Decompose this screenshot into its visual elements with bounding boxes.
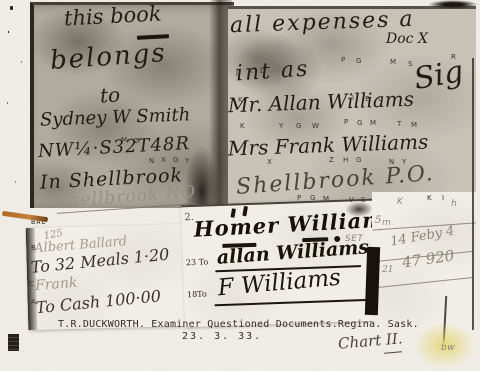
annotation-letter: K xyxy=(427,195,432,202)
annotation-letter: Z xyxy=(329,157,334,164)
annotation-letter: V xyxy=(349,197,354,204)
photographic-exhibit: this book belongs to Sydney W Smith NW¼·… xyxy=(0,0,480,371)
annotation-letter: E xyxy=(365,96,370,103)
annotation-letter: K xyxy=(397,198,403,207)
annotation-letter: M xyxy=(370,120,377,127)
annotation-letter: N xyxy=(389,159,395,166)
annotation-letter: I xyxy=(442,195,445,202)
annotation-letter: G xyxy=(356,58,362,65)
annotation-letter: T xyxy=(397,121,402,128)
annotation-letter: G xyxy=(296,123,302,130)
annotation-letter: A xyxy=(31,299,36,306)
annotation-letter: R xyxy=(451,54,456,61)
annotation-letter: U xyxy=(378,96,384,103)
annotation-letter: P xyxy=(341,57,346,64)
annotation-letter: B xyxy=(31,245,36,252)
annotation-letter: G xyxy=(356,157,362,164)
annotation-letter: G xyxy=(173,157,179,164)
annotation-letter: X xyxy=(161,157,166,164)
annotation-letter: Z xyxy=(134,138,139,145)
annotation-letter: G xyxy=(357,120,363,127)
annotation-letter: W xyxy=(312,123,319,130)
annotation-letter: I xyxy=(352,95,355,102)
annotation-letter: M xyxy=(121,137,128,144)
annotation-letter: C xyxy=(29,281,34,288)
annotation-letter: K xyxy=(248,68,253,75)
annotation-letter: X xyxy=(267,159,272,166)
annotation-letter: bw xyxy=(441,344,455,353)
annotation-letter: SET xyxy=(345,235,363,244)
annotation-letter: m xyxy=(382,219,391,228)
annotation-letter: H xyxy=(343,157,349,164)
annotation-letter: G xyxy=(310,195,316,202)
annotation-letter: P xyxy=(344,119,349,126)
annotation-letter: K xyxy=(240,123,245,130)
annotation-letter: M xyxy=(323,196,330,203)
annotation-letter: Y xyxy=(402,159,407,166)
annotation-letter: Y xyxy=(185,158,190,165)
annotation-layer: MZNXGYPGMSRJKLKIEUKYGWPGMTMXZHGNYPGMVSKI… xyxy=(0,0,480,371)
annotation-letter: M xyxy=(390,59,397,66)
annotation-letter: M xyxy=(411,122,418,129)
annotation-letter: S xyxy=(361,197,366,204)
annotation-letter: Y xyxy=(279,123,284,130)
annotation-letter: h xyxy=(451,200,457,209)
annotation-letter: S xyxy=(408,61,413,68)
annotation-letter: P xyxy=(297,195,302,202)
annotation-letter: J xyxy=(236,69,239,76)
annotation-letter: N xyxy=(149,158,155,165)
annotation-letter: K xyxy=(238,97,243,104)
annotation-letter: L xyxy=(260,68,264,75)
